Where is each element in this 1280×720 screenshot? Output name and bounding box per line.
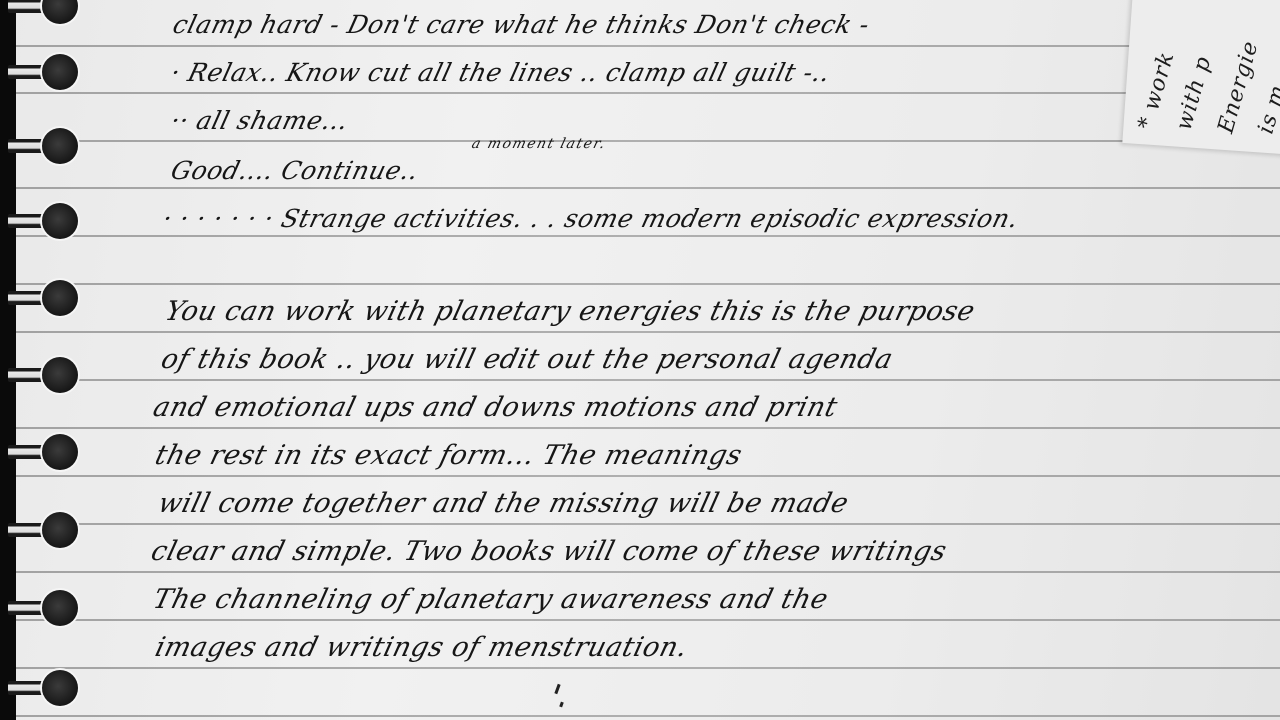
sticky-note: * work with p Energie is m <box>1122 0 1280 157</box>
ruled-line <box>16 379 1280 381</box>
handwritten-line: the rest in its exact form... The meanin… <box>152 440 745 471</box>
spiral-ring <box>8 278 78 318</box>
sticky-note-line: is m <box>1254 82 1280 137</box>
spiral-ring <box>8 201 78 241</box>
ruled-line <box>16 571 1280 573</box>
ruled-line <box>16 331 1280 333</box>
spiral-ring <box>8 588 78 628</box>
handwritten-line: · Relax.. Know cut all the lines .. clam… <box>168 58 833 87</box>
handwritten-line: You can work with planetary energies thi… <box>162 296 978 327</box>
handwritten-line: and emotional ups and downs motions and … <box>150 392 841 423</box>
spiral-ring <box>8 432 78 472</box>
handwritten-line: will come together and the missing will … <box>155 488 852 519</box>
ruled-line <box>16 283 1280 285</box>
handwritten-line: clamp hard - Don't care what he thinks D… <box>170 10 873 39</box>
ruled-line <box>16 45 1280 47</box>
interline-note: a moment later. <box>470 136 608 152</box>
ruled-line <box>16 140 1280 142</box>
spiral-ring <box>8 126 78 166</box>
ink-mark <box>554 684 560 694</box>
handwritten-line: of this book .. you will edit out the pe… <box>158 344 896 375</box>
handwritten-line: The channeling of planetary awareness an… <box>150 584 831 615</box>
handwritten-line: · · · · · · · Strange activities. . . so… <box>160 204 1022 233</box>
ruled-line <box>16 619 1280 621</box>
ruled-line <box>16 523 1280 525</box>
ruled-line <box>16 92 1280 94</box>
sticky-note-line: with p <box>1172 53 1217 133</box>
spiral-ring <box>8 0 78 26</box>
ruled-line <box>16 715 1280 717</box>
handwritten-line: ·· all shame... <box>168 106 352 135</box>
handwritten-line: images and writings of menstruation. <box>152 632 691 663</box>
spiral-ring <box>8 52 78 92</box>
ruled-line <box>16 475 1280 477</box>
ink-mark <box>559 702 564 708</box>
notebook-photo: * work with p Energie is m clamp hard - … <box>0 0 1280 720</box>
ruled-line <box>16 187 1280 189</box>
spiral-ring <box>8 668 78 708</box>
handwritten-line: Good.... Continue.. <box>168 156 422 185</box>
spiral-ring <box>8 510 78 550</box>
ruled-line <box>16 667 1280 669</box>
ruled-line <box>16 427 1280 429</box>
spiral-ring <box>8 355 78 395</box>
handwritten-line: clear and simple. Two books will come of… <box>148 536 950 567</box>
ruled-line <box>16 235 1280 237</box>
